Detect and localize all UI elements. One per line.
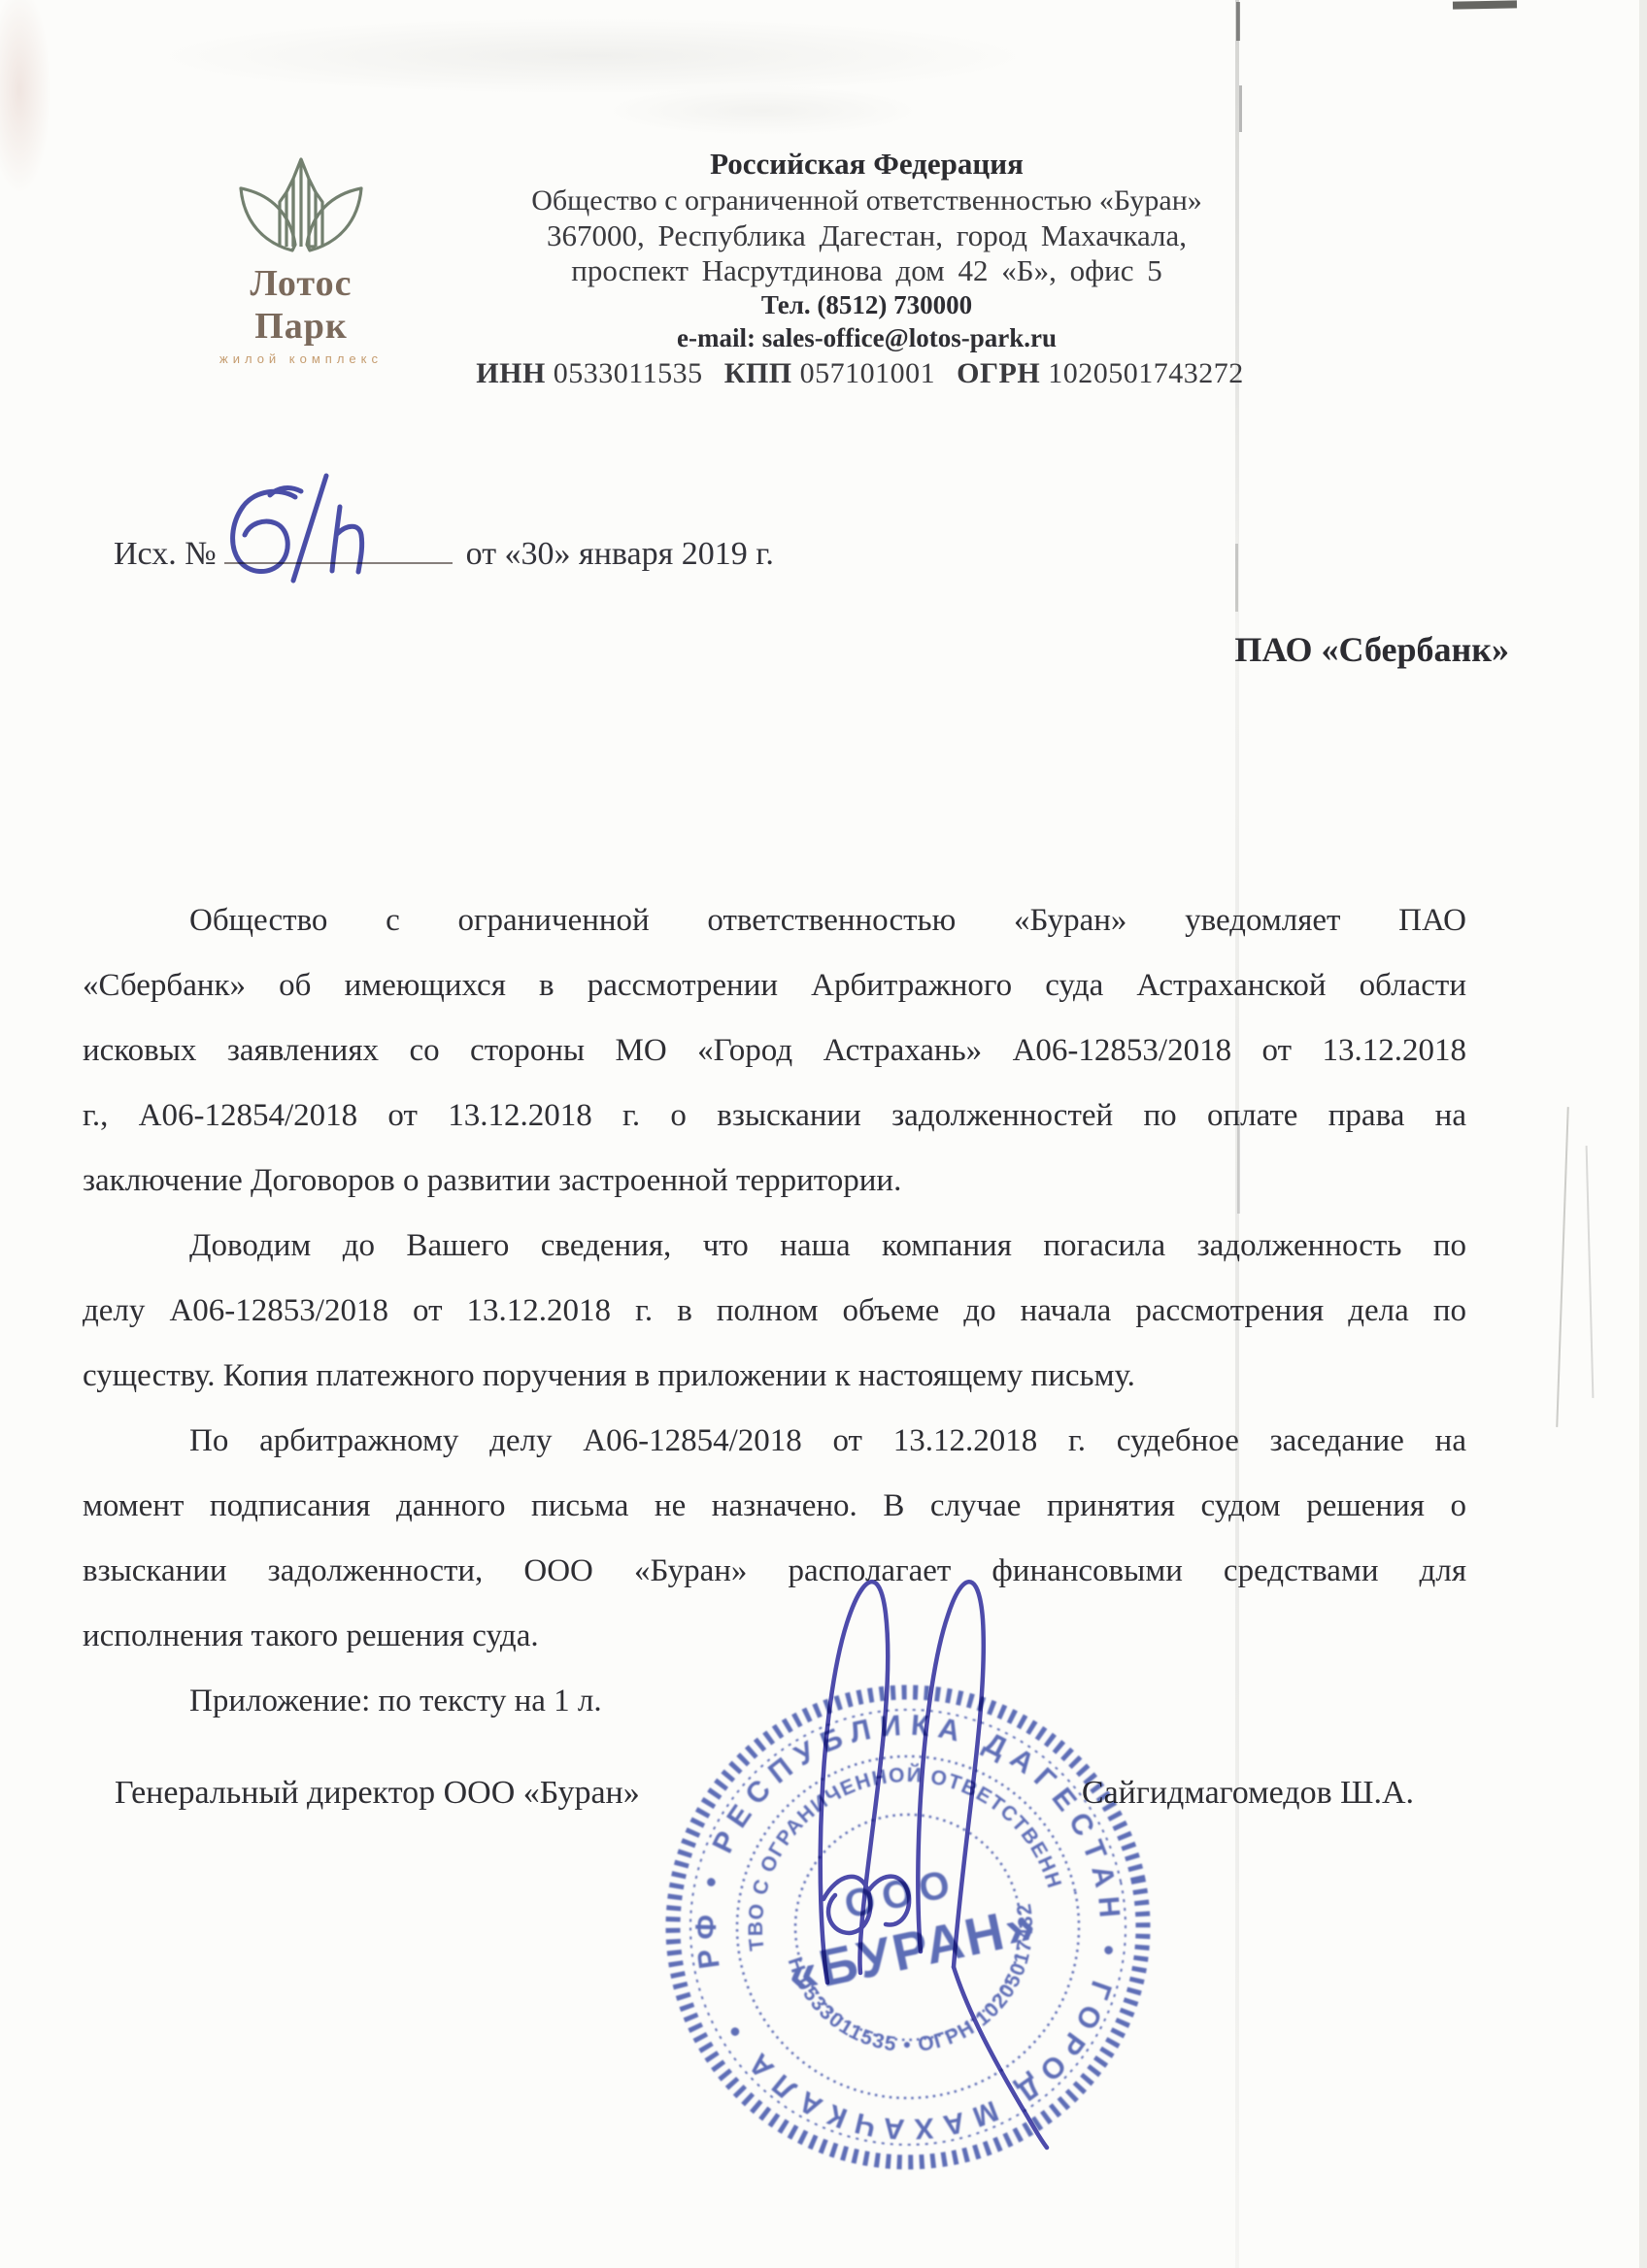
- letterhead-address-2: проспект Насрутдинова дом 42 «Б», офис 5: [408, 253, 1326, 288]
- inn-value: 0533011535: [554, 357, 703, 389]
- company-logo: Лотос Парк жилой комплекс: [199, 146, 403, 366]
- kpp-label: КПП: [724, 357, 792, 389]
- kpp-value: 057101001: [800, 357, 936, 389]
- signatory-position: Генеральный директор ООО «Буран»: [115, 1775, 640, 1812]
- scan-streak: [1453, 0, 1517, 9]
- letterhead-email: e-mail: sales-office@lotos-park.ru: [408, 321, 1326, 354]
- reference-prefix: Исх. №: [114, 536, 217, 572]
- scan-scratch: [1556, 1107, 1569, 1427]
- page-edge-shadow: [1639, 0, 1647, 2268]
- ogrn-label: ОГРН: [957, 357, 1040, 389]
- letterhead-ids: ИНН 0533011535 КПП 057101001 ОГРН 102050…: [408, 354, 1326, 393]
- fold-crease-mark: [1239, 85, 1242, 132]
- letter-line: существу. Копия платежного поручения в п…: [83, 1347, 1466, 1412]
- fold-crease-mark: [1236, 2, 1240, 41]
- scan-noise-top: [146, 17, 1039, 95]
- scanned-letter-page: Лотос Парк жилой комплекс Российская Фед…: [0, 0, 1647, 2268]
- reference-number-blank: [224, 529, 453, 564]
- inn-label: ИНН: [476, 357, 546, 389]
- letter-line: Доводим до Вашего сведения, что наша ком…: [83, 1217, 1466, 1282]
- letter-line: исковых заявлениях со стороны МО «Город …: [83, 1021, 1466, 1086]
- letter-line: делу А06-12853/2018 от 13.12.2018 г. в п…: [83, 1282, 1466, 1347]
- fold-crease-mark: [1235, 544, 1238, 612]
- outgoing-reference-line: Исх. №от «30» января 2019 г.: [114, 529, 774, 573]
- letterhead-country: Российская Федерация: [408, 146, 1326, 183]
- ogrn-value: 1020501743272: [1048, 357, 1244, 389]
- recipient: ПАО «Сбербанк»: [1234, 629, 1509, 670]
- logo-title: Лотос Парк: [199, 262, 403, 348]
- scan-noise-top-2: [602, 85, 923, 136]
- letterhead-phone: Тел. (8512) 730000: [408, 288, 1326, 321]
- letter-line: заключение Договоров о развитии застроен…: [83, 1151, 1466, 1217]
- letter-line: Общество с ограниченной ответственностью…: [83, 891, 1466, 956]
- letter-line: «Сбербанк» об имеющихся в рассмотрении А…: [83, 956, 1466, 1021]
- reference-date: от «30» января 2019 г.: [466, 536, 774, 572]
- letterhead: Российская Федерация Общество с ограниче…: [408, 146, 1326, 393]
- logo-subtitle: жилой комплекс: [199, 351, 403, 366]
- signature-ink: [622, 1515, 1165, 2194]
- scan-scratch: [1586, 1146, 1595, 1398]
- scan-smudge-corner: [0, 0, 50, 192]
- lotus-buildings-icon: [228, 146, 374, 260]
- letterhead-company: Общество с ограниченной ответственностью…: [408, 183, 1326, 218]
- letterhead-address-1: 367000, Республика Дагестан, город Махач…: [408, 218, 1326, 253]
- letter-line: г., А06-12854/2018 от 13.12.2018 г. о вз…: [83, 1086, 1466, 1151]
- letter-line: По арбитражному делу А06-12854/2018 от 1…: [83, 1412, 1466, 1477]
